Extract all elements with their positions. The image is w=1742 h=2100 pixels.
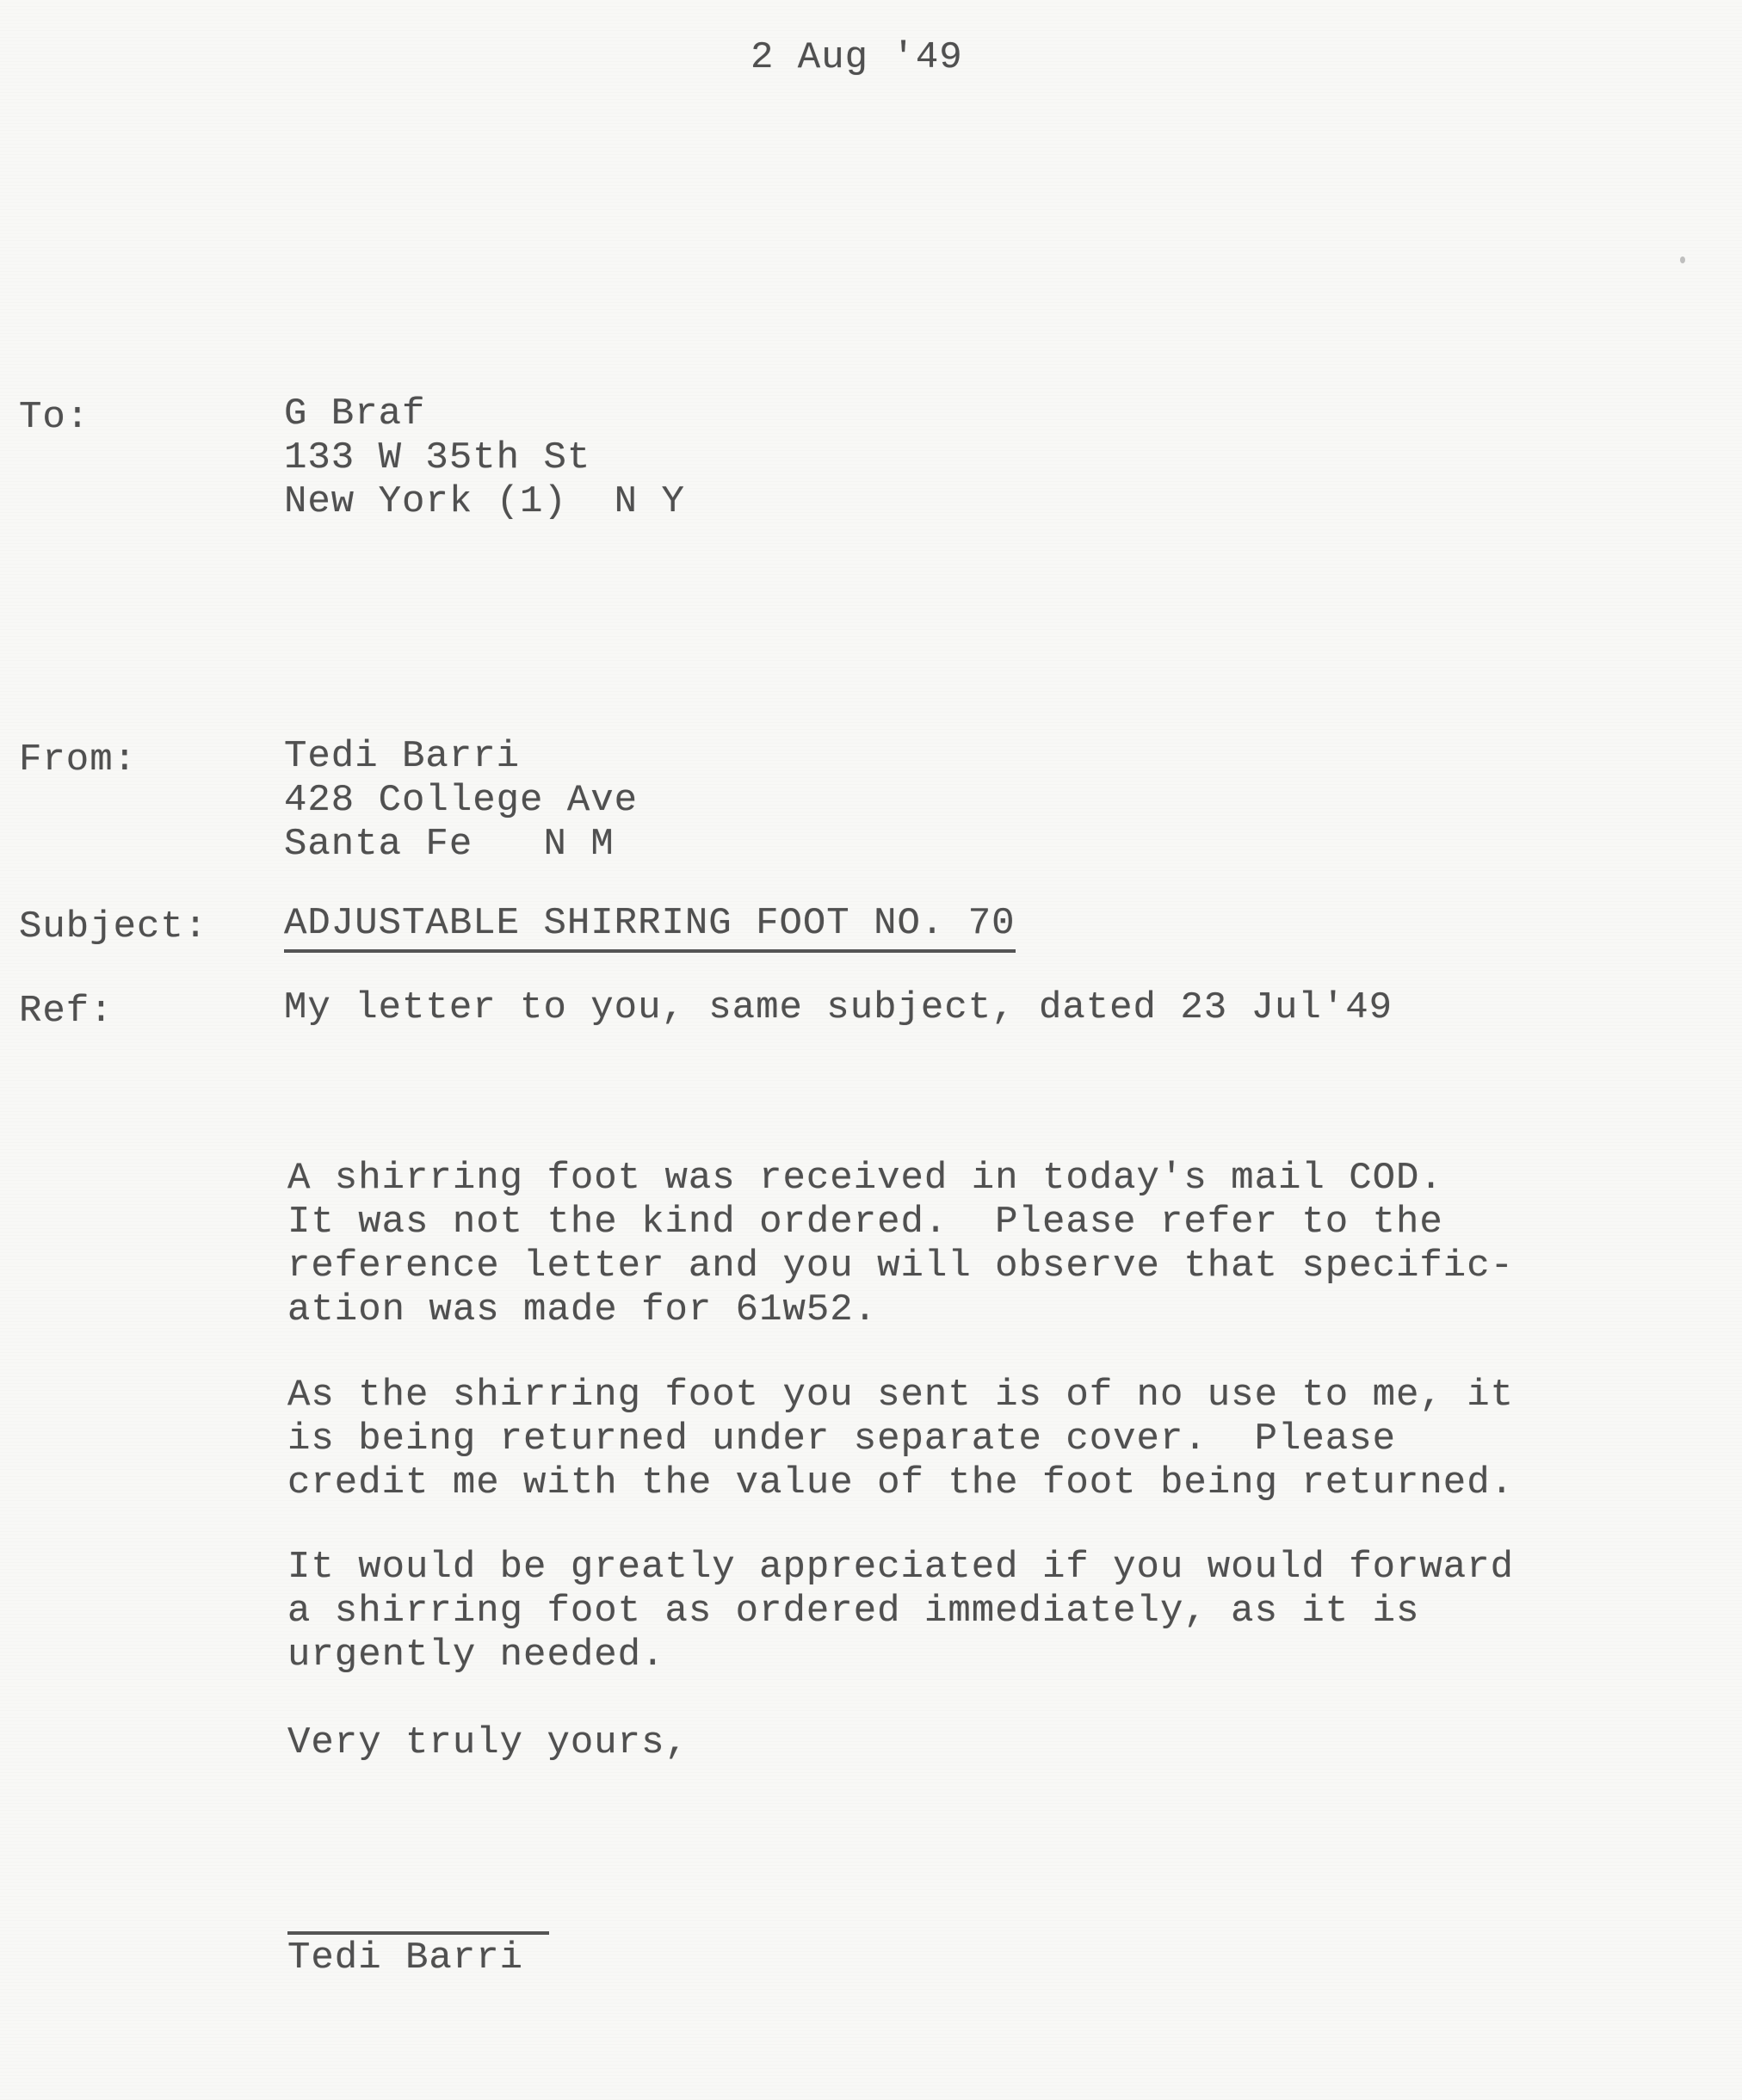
from-label: From:: [19, 738, 137, 782]
body-paragraph: A shirring foot was received in today's …: [287, 1157, 1682, 1332]
body-line: a shirring foot as ordered immediately, …: [287, 1590, 1682, 1634]
body-line: It was not the kind ordered. Please refe…: [287, 1201, 1682, 1245]
to-label: To:: [19, 396, 90, 440]
paper-speck: [1680, 256, 1685, 263]
ref-label: Ref:: [19, 990, 114, 1034]
subject-label: Subject:: [19, 905, 207, 949]
recipient-address: G Braf133 W 35th StNew York (1) N Y: [284, 392, 685, 524]
closing: Very truly yours,: [287, 1721, 689, 1765]
recipient-city: New York (1) N Y: [284, 480, 685, 524]
body-line: urgently needed.: [287, 1634, 1682, 1677]
letter-date: 2 Aug '49: [751, 36, 963, 80]
signature-name: Tedi Barri: [287, 1936, 523, 1980]
letter-page: 2 Aug '49 To: G Braf133 W 35th StNew Yor…: [0, 0, 1742, 2100]
body-line: is being returned under separate cover. …: [287, 1417, 1682, 1461]
reference-line: My letter to you, same subject, dated 23…: [284, 986, 1393, 1030]
sender-address: Tedi Barri428 College AveSanta Fe N M: [284, 735, 638, 867]
body-line: reference letter and you will observe th…: [287, 1245, 1682, 1288]
body-line: credit me with the value of the foot bei…: [287, 1461, 1682, 1505]
body-line: It would be greatly appreciated if you w…: [287, 1546, 1682, 1590]
body-line: ation was made for 61w52.: [287, 1288, 1682, 1332]
recipient-street: 133 W 35th St: [284, 436, 685, 480]
recipient-name: G Braf: [284, 392, 685, 436]
sender-name: Tedi Barri: [284, 735, 638, 779]
signature-line: [287, 1931, 549, 1935]
body-paragraph: As the shirring foot you sent is of no u…: [287, 1374, 1682, 1505]
sender-city: Santa Fe N M: [284, 823, 638, 867]
body-line: As the shirring foot you sent is of no u…: [287, 1374, 1682, 1417]
body-paragraph: It would be greatly appreciated if you w…: [287, 1546, 1682, 1677]
subject-line: ADJUSTABLE SHIRRING FOOT NO. 70: [284, 902, 1016, 953]
body-line: A shirring foot was received in today's …: [287, 1157, 1682, 1201]
sender-street: 428 College Ave: [284, 779, 638, 823]
